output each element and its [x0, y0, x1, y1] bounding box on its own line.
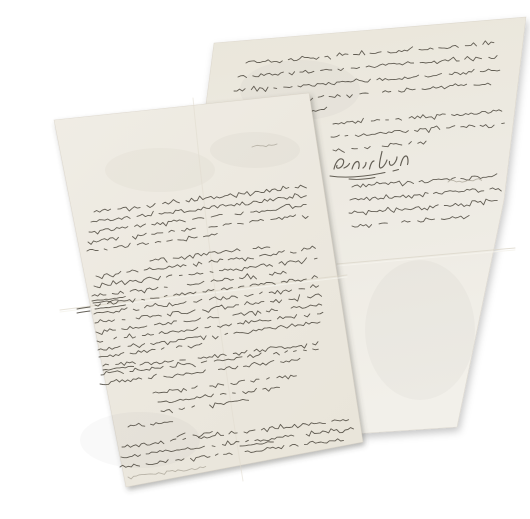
paper-tone-blotch	[365, 260, 475, 400]
left-page	[54, 93, 363, 487]
letter-artwork	[0, 0, 530, 519]
paper-tone-blotch	[210, 132, 300, 168]
letter-photograph	[0, 0, 530, 519]
